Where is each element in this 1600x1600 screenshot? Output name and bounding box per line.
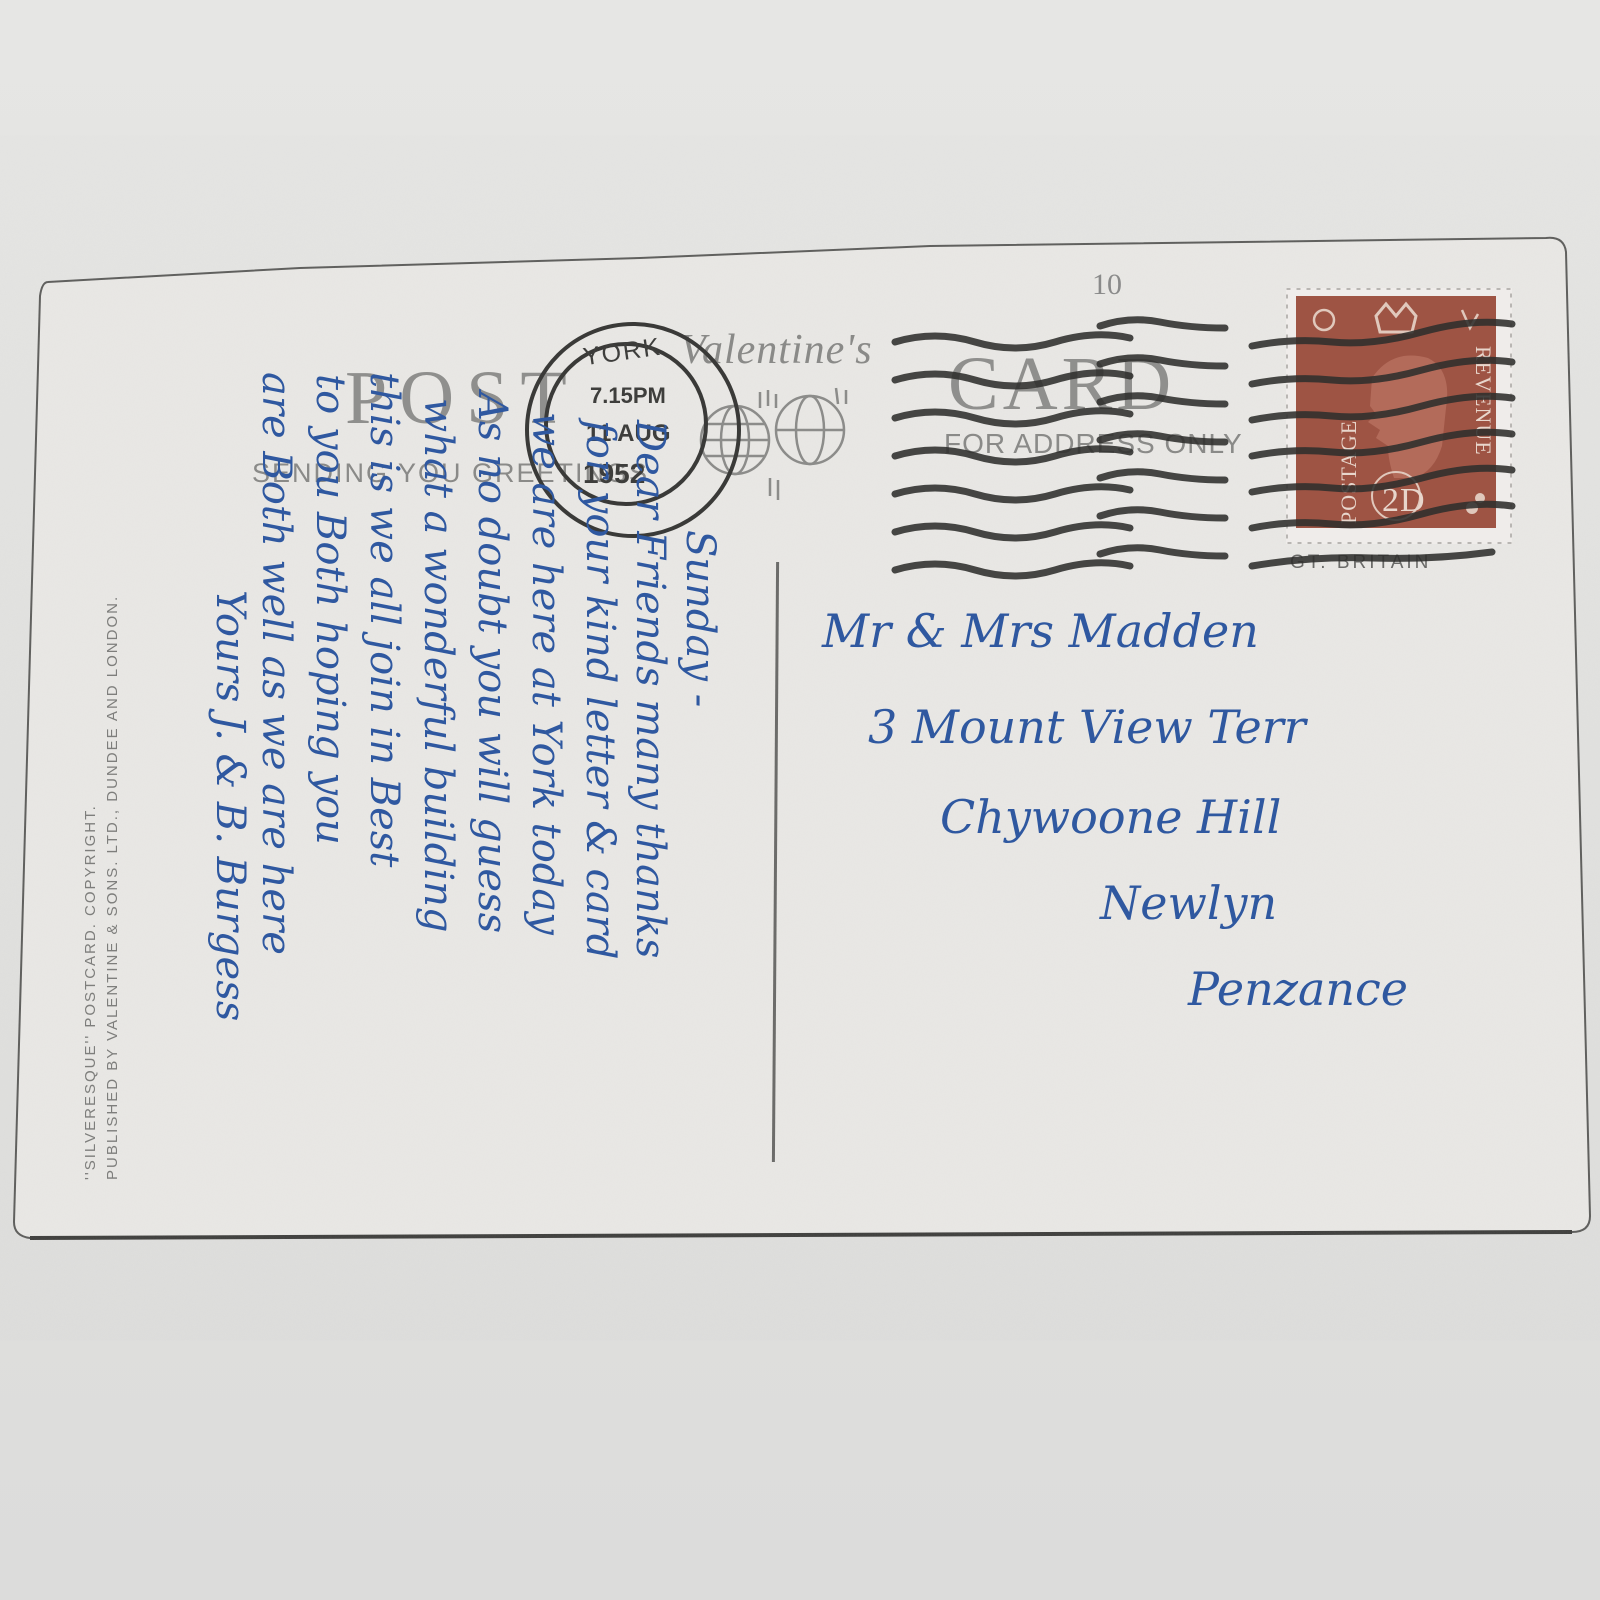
postage-stamp: POSTAGE REVENUE 2D [1286,288,1512,544]
publisher-imprint: ''SILVERESQUE'' POSTCARD. COPYRIGHT. PUB… [80,595,124,1180]
message-line: we are here at York today [526,412,566,935]
publisher-line-1: ''SILVERESQUE'' POSTCARD. COPYRIGHT. [80,595,102,1180]
publisher-line-2: PUBLISHED BY VALENTINE & SONS. LTD., DUN… [102,595,124,1180]
publisher-brand: Valentine's [680,326,873,374]
stamp-postage-label: POSTAGE [1336,420,1362,524]
message-line: for your kind letter & card [580,420,620,960]
pencil-price-note: 10 [1092,268,1122,302]
message-line: As no doubt you will guess [472,392,512,933]
address-line: Penzance [1188,962,1408,1016]
stamp-country-overprint: GT. BRITAIN [1290,552,1431,574]
address-only-note: FOR ADDRESS ONLY [944,428,1243,460]
address-line: 3 Mount View Terr [868,700,1306,754]
message-line: what a wonderful building [418,398,458,932]
postcard: POST CARD Valentine's SENDING YOU GREETI… [0,0,1600,1600]
address-line: Newlyn [1100,876,1277,930]
address-line: Chywoone Hill [940,790,1281,844]
stamp-value: 2D [1382,482,1426,520]
message-signature: Yours J. & B. Burgess [210,590,250,1021]
printed-heading-card: CARD [948,346,1175,422]
message-line: to you Both hoping you [310,374,350,845]
stamp-design: POSTAGE REVENUE 2D [1296,296,1496,528]
stamp-revenue-label: REVENUE [1470,346,1496,456]
message-line: this is we all join in Best [364,372,404,867]
postmark-time: 7.15PM [590,383,666,409]
message-line: Dear Friends many thanks [630,420,670,958]
message-line: are Both well as we are here [256,372,296,955]
address-line: Mr & Mrs Madden [822,604,1259,658]
message-line: Sunday - [680,530,720,707]
